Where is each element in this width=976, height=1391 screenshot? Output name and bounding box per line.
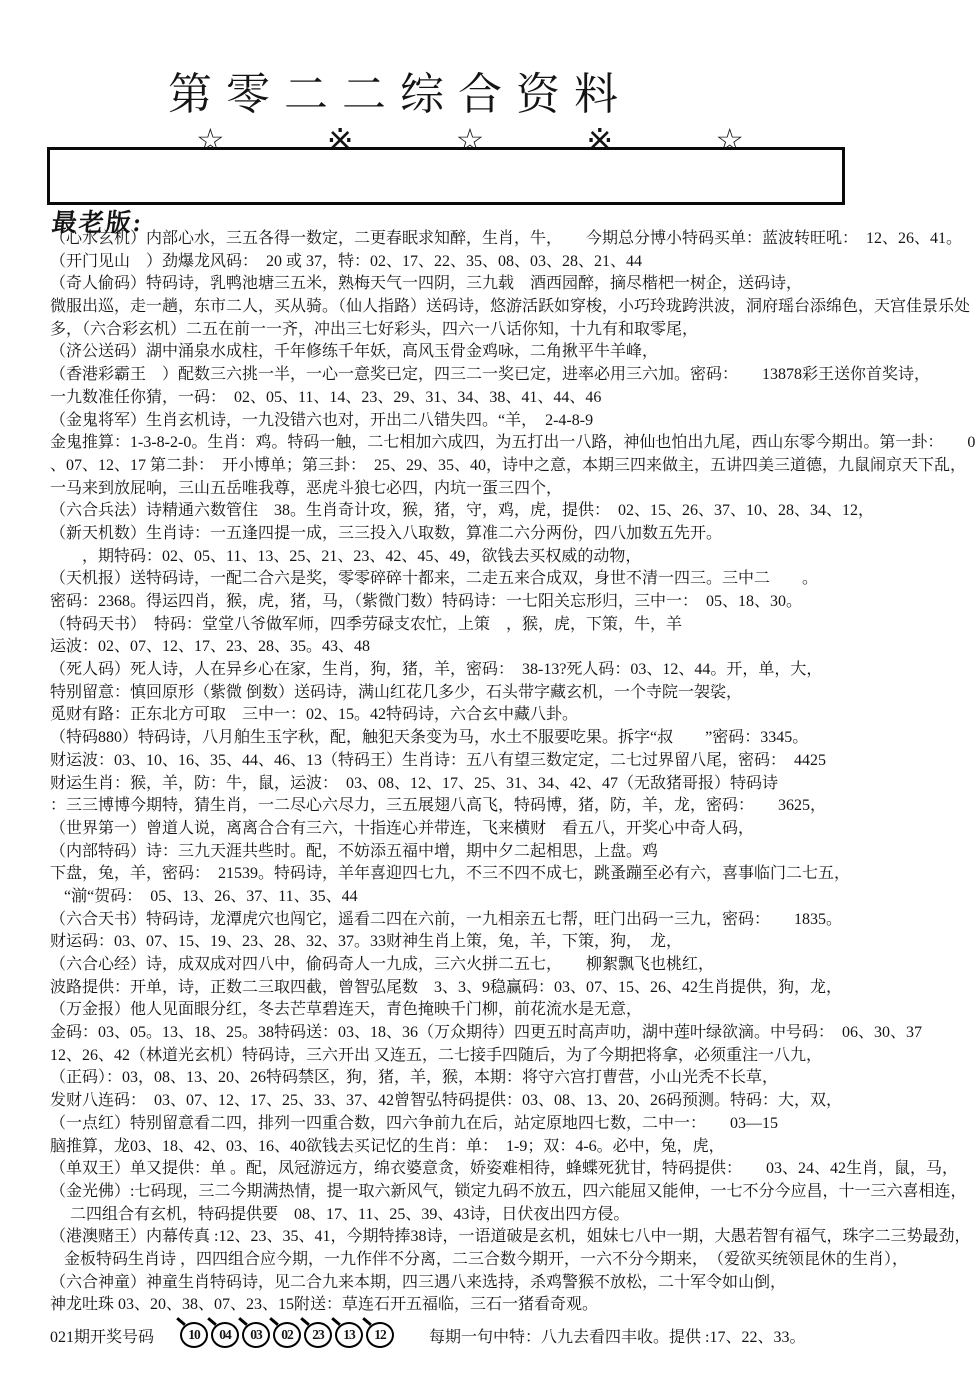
text-line: （金光佛）:七码现，三二今期满热情，提一取六新风气，锁定九码不放五，四六能屈又能… xyxy=(0,1181,976,1204)
text-line: （一点红）特别留意看二四，排列一四重合数，四六争前九在后，站定原地四七数，二中一… xyxy=(0,1113,976,1136)
text-line: （特码天书） 特码：堂堂八爷做军师，四季劳碌支农忙，上策 ，猴，虎，下策，牛，羊 xyxy=(0,614,976,637)
drawn-number: 03 xyxy=(242,1322,270,1348)
lottery-draw-label: 021期开奖号码 xyxy=(50,1324,154,1347)
text-line: （天机报）送特码诗，一配二合六是奖，零零碎碎十都来，二走五来合成双，身世不清一四… xyxy=(0,568,976,591)
text-line: ：三三博博今期特，猜生肖，一二尽心六尽力，三五展翅八高飞，特码博，猪，防，羊，龙… xyxy=(0,795,976,818)
text-line: （六合心经）诗，成双成对四八中，偷码奇人一九成，三六火拼二五七， 柳絮飘飞也桃红… xyxy=(0,954,976,977)
text-line: （内部特码）诗：三九天涯共些时。配，不妨添五福中增，期中夕二起相思，上盘。鸡 xyxy=(0,841,976,864)
text-line: （六合神童）神童生肖特码诗，见二合九来本期，四三遇八来选持，杀鸡警猴不放松，二十… xyxy=(0,1272,976,1295)
text-line: （特码880）特码诗，八月舶生玉字秋，配，触犯天条变为马，水土不服要吃果。拆字“… xyxy=(0,727,976,750)
text-line: （单双王）单又提供：单 。配，凤冠游远方，绵衣婆意贪，娇姿难相待，蜂蝶死犹甘，特… xyxy=(0,1158,976,1181)
text-line: 财运生肖：猴，羊，防：牛，鼠，运波： 03、08、12、17、25、31、34、… xyxy=(0,773,976,796)
text-line: 、07、12、17 第二卦： 开小博单；第三卦： 25、29、35、40，诗中之… xyxy=(0,455,976,478)
text-line: 金鬼推算：1-3-8-2-0。生肖：鸡。特码一触，二七相加六成四，为五打出一八路… xyxy=(0,432,976,455)
text-line: 财运波：03、10、16、35、44、46、13（特码王）生肖诗：五八有望三数定… xyxy=(0,750,976,773)
text-line: （港澳赌王）内幕传真 :12、23、35、41，今期特捧38诗，一语道破是玄机，… xyxy=(0,1226,976,1249)
text-line: ，期特码：02、05、11、13、25、21、23、42、45、49，欲钱去买权… xyxy=(0,546,976,569)
text-line: 一马来到放屁响，三山五岳唯我尊，恶虎斗狼七必四，内坑一蛋三四个， xyxy=(0,478,976,501)
star-icon: ☆ xyxy=(715,124,744,146)
text-line: （万金报）他人见面眼分红，冬去芒草碧连天，青色掩映千门柳，前花流水是无意， xyxy=(0,999,976,1022)
text-line: 金板特码生肖诗 ，四四组合应今期，一九作伴不分离，二三合数今期开，一六不分今期来… xyxy=(0,1249,976,1272)
text-line: （六合兵法）诗精通六数管住 38。生肖奇计攻，猴，猪，守，鸡，虎，提供： 02、… xyxy=(0,500,976,523)
reference-mark-icon: ※ xyxy=(586,124,613,146)
text-line: （新天机数）生肖诗：一五逢四提一成，三三投入八取数，算准二六分两份，四八加数五先… xyxy=(0,523,976,546)
text-line: （六合天书）特码诗，龙潭虎穴也闯它，遥看二四在六前，一九相亲五七帮，旺门出码一三… xyxy=(0,909,976,932)
drawn-number: 12 xyxy=(366,1322,394,1348)
text-line: 12、26、42（林道光玄机）特码诗，三六开出 又连五，二七接手四随后，为了今期… xyxy=(0,1045,976,1068)
text-line: （济公送码）湖中涌泉水成柱，千年修练千年妖，高风玉骨金鸡咏，二角揪平牛羊峰， xyxy=(0,341,976,364)
blank-box xyxy=(47,147,845,205)
text-line: 特别留意：慎回原形（紫微 倒数）送码诗，满山红花几多少，石头带字藏玄机，一个寺院… xyxy=(0,682,976,705)
text-line: （奇人偷码）特码诗，乳鸭池塘三五米，熟梅天气一四阴，三九载 酒西园醉，摘尽楷杷一… xyxy=(0,273,976,296)
page-title: 第零二二综合资料 xyxy=(168,58,632,122)
text-line: （心水玄机）内部心水，三五各得一数定，二更春眠求知醉，生肖，牛， 今期总分博小特… xyxy=(0,228,976,251)
text-line: 一九数准任你猜，一码： 02、05、11、14、23、29、31、34、38、4… xyxy=(0,387,976,410)
text-line: 脑推算，龙03、18、42、03、16、40欲钱去买记忆的生肖：单： 1-9；双… xyxy=(0,1136,976,1159)
text-line: 密码：2368。得运四肖，猴，虎，猪，马，（紫微门数）特码诗：一七阳关忘形归，三… xyxy=(0,591,976,614)
text-line: 微服出巡，走一趟，东市二人，买从骑。（仙人指路）送码诗，悠游活跃如穿梭，小巧玲珑… xyxy=(0,296,976,319)
text-body: （心水玄机）内部心水，三五各得一数定，二更春眠求知醉，生肖，牛， 今期总分博小特… xyxy=(0,228,976,1351)
text-line: 发财八连码： 03、07、12、17、25、33、37、42曾智弘特码提供：03… xyxy=(0,1090,976,1113)
drawn-number: 02 xyxy=(273,1322,301,1348)
text-line: 运波：02、07、12、17、23、28、35。43、48 xyxy=(0,636,976,659)
text-line: （世界第一）曾道人说，离离合合有三六，十指连心并带连，飞来横财 看五八，开奖心中… xyxy=(0,818,976,841)
reference-mark-icon: ※ xyxy=(327,124,354,146)
lottery-tip-text: 每期一句中特：八九去看四丰收。提供 :17、22、33。 xyxy=(429,1324,805,1347)
text-line: 二四组合有玄机，特码提供要 08、17、11、25、39、43诗，日伏夜出四方侵… xyxy=(0,1204,976,1227)
drawn-number: 10 xyxy=(180,1322,208,1348)
drawn-number: 23 xyxy=(304,1322,332,1348)
text-line: 神龙吐珠 03、20、38、07、23、15附送：草连石开五福临，三石一猪看奇观… xyxy=(0,1294,976,1317)
text-line: （正码）：03，08、13、20、26特码禁区，狗，猪，羊，猴，本期：将守六宫打… xyxy=(0,1067,976,1090)
text-line: 金码：03、05。13、18、25。38特码送：03、18、36（万众期待）四更… xyxy=(0,1022,976,1045)
text-line: 觅财有路：正东北方可取 三中一：02、15。42特码诗，六合玄中藏八卦。 xyxy=(0,704,976,727)
drawn-numbers: 10 04 03 02 23 13 12 xyxy=(180,1322,397,1348)
text-line: 财运码：03、07、15、19、23、28、32、37。33财神生肖上策，兔，羊… xyxy=(0,931,976,954)
drawn-number: 13 xyxy=(335,1322,363,1348)
text-line: 多，（六合彩玄机）二五在前一一齐，冲出三七好彩头，四六一八话你知，十九有和取零尾… xyxy=(0,319,976,342)
text-line: （香港彩霸王 ）配数三六挑一半，一心一意奖已定，四三二一奖已定，进率必用三六加。… xyxy=(0,364,976,387)
text-line: 波路提供：开单，诗，正数二三取四截，曾智弘尾数 3、3、9稳赢码：03、07、1… xyxy=(0,977,976,1000)
star-icon: ☆ xyxy=(196,124,225,146)
decorative-symbol-row: ☆ ※ ☆ ※ ☆ xyxy=(196,124,744,148)
text-line: “湔“贺码： 05、13、26、37、11、35、44 xyxy=(0,886,976,909)
text-line: 下盘，兔，羊，密码： 21539。特码诗，羊年喜迎四七九，不三不四不成七，跳蚤蹦… xyxy=(0,863,976,886)
text-line: （金鬼将军）生肖玄机诗，一九没错六也对，开出二八错失四。“羊， 2-4-8-9 xyxy=(0,410,976,433)
star-icon: ☆ xyxy=(456,124,485,146)
drawn-number: 04 xyxy=(211,1322,239,1348)
text-line: （死人码）死人诗，人在异乡心在家，生肖，狗，猪，羊，密码： 38-13?死人码：… xyxy=(0,659,976,682)
text-line: （开门见山 ）劲爆龙风码： 20 或 37，特：02、17、22、35、08、0… xyxy=(0,251,976,274)
lottery-result-row: 021期开奖号码 10 04 03 02 23 13 12 每期一句中特：八九去… xyxy=(0,1319,976,1351)
